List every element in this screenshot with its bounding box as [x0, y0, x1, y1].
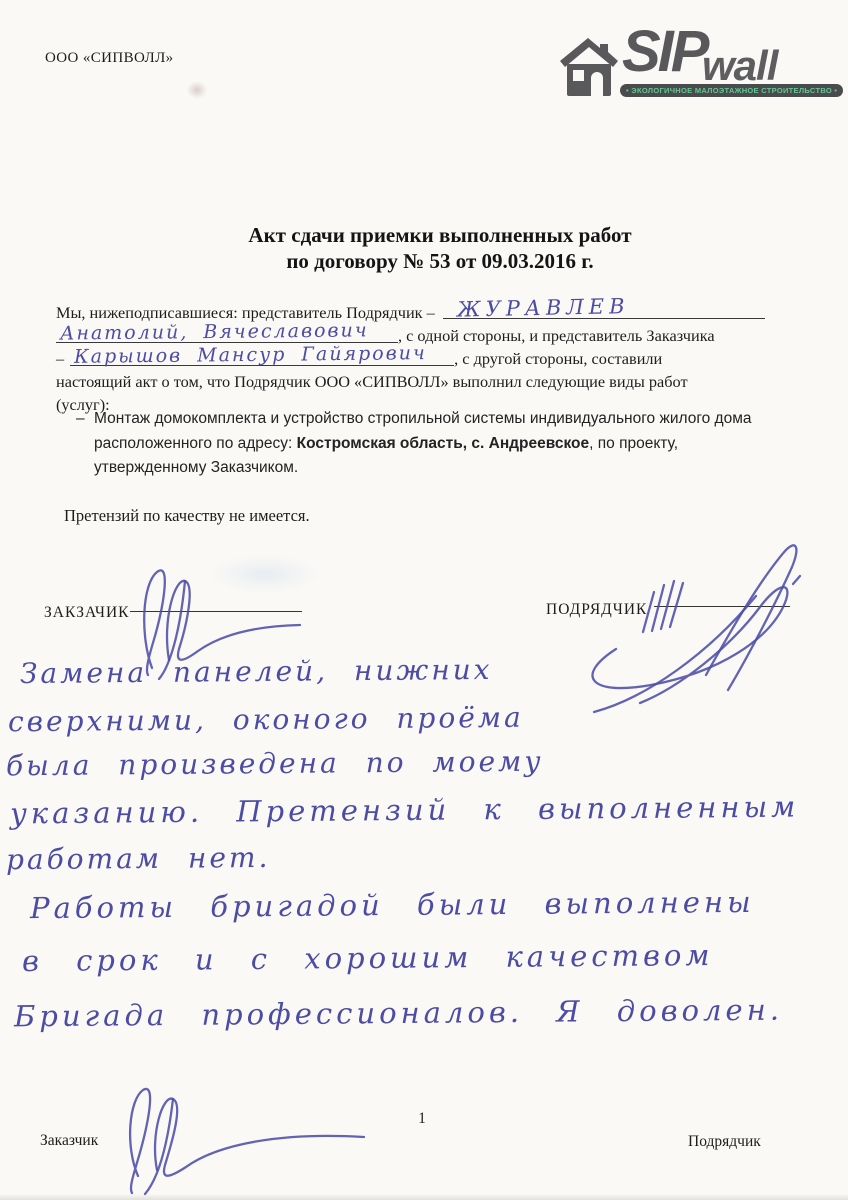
contractor-patronymic-blank: Анатолий, Вячеславович: [56, 324, 398, 343]
scan-smudge: [183, 78, 211, 102]
footer-contractor-label: Подрядчик: [688, 1133, 761, 1151]
work-item: – Монтаж домокомплекта и устройство стро…: [76, 407, 792, 481]
intro-line2-text: , с одной стороны, и представитель Заказ…: [398, 326, 715, 345]
logo-tagline: • ЭКОЛОГИЧНОЕ МАЛОЭТАЖНОЕ СТРОИТЕЛЬСТВО …: [620, 84, 843, 97]
intro-line-1: Мы, нижеподписавшиеся: представитель Под…: [56, 300, 792, 324]
handwritten-note-line: Работы бригадой были выполнены: [30, 885, 755, 925]
work-item-dash: –: [76, 407, 94, 481]
intro-line3-dash: –: [56, 349, 64, 368]
work-item-address: Костромская область, с. Андреевское: [297, 435, 590, 452]
intro-line-4: настоящий акт о том, что Подрядчик ООО «…: [56, 370, 792, 393]
intro-paragraph: Мы, нижеподписавшиеся: представитель Под…: [56, 300, 792, 416]
document-title-line1: Акт сдачи приемки выполненных работ: [0, 222, 848, 248]
logo-text-wall: wall: [702, 42, 777, 90]
document-page: ООО «СИПВОЛЛ» SIP wall • ЭКОЛОГИЧНОЕ МАЛ…: [0, 0, 848, 1200]
handwritten-note-line: сверхними, оконого проёма: [8, 701, 524, 738]
company-name: ООО «СИПВОЛЛ»: [45, 50, 174, 67]
handwritten-contractor-surname: ЖУРАВЛЕВ: [443, 295, 630, 322]
handwritten-contractor-name: Анатолий, Вячеславович: [56, 319, 369, 345]
handwritten-note-line: была произведена по моему: [6, 745, 544, 783]
handwritten-customer-name: Карышов Мансур Гайярович: [70, 342, 427, 369]
claims-statement: Претензий по качеству не имеется.: [64, 506, 310, 526]
intro-line-3: –Карышов Мансур Гайярович, с другой стор…: [56, 347, 792, 370]
contractor-signature: [546, 536, 816, 714]
handwritten-note-line: работам нет.: [6, 841, 271, 876]
customer-name-blank: Карышов Мансур Гайярович: [70, 347, 454, 366]
intro-line3-text: , с другой стороны, составили: [454, 349, 662, 368]
sipwall-logo: SIP wall • ЭКОЛОГИЧНОЕ МАЛОЭТАЖНОЕ СТРОИ…: [556, 30, 816, 108]
logo-text-sip: SIP: [622, 18, 707, 85]
document-title: Акт сдачи приемки выполненных работ по д…: [0, 222, 848, 274]
footer-customer-signature: [76, 1076, 376, 1196]
contractor-name-blank: ЖУРАВЛЕВ: [443, 300, 765, 319]
handwritten-note-line: в срок и с хорошим качеством: [22, 938, 714, 978]
work-item-text: Монтаж домокомплекта и устройство стропи…: [94, 407, 792, 481]
handwritten-note-line: указанию. Претензий к выполненным: [10, 790, 799, 831]
house-icon: [556, 34, 622, 100]
handwritten-note-line: Замена панелей, нижних: [20, 653, 493, 690]
intro-line1-text: Мы, нижеподписавшиеся: представитель Под…: [56, 303, 435, 322]
handwritten-note-line: Бригада профессионалов. Я доволен.: [14, 993, 783, 1034]
page-number: 1: [404, 1110, 440, 1128]
document-title-line2: по договору № 53 от 09.03.2016 г.: [0, 248, 848, 274]
